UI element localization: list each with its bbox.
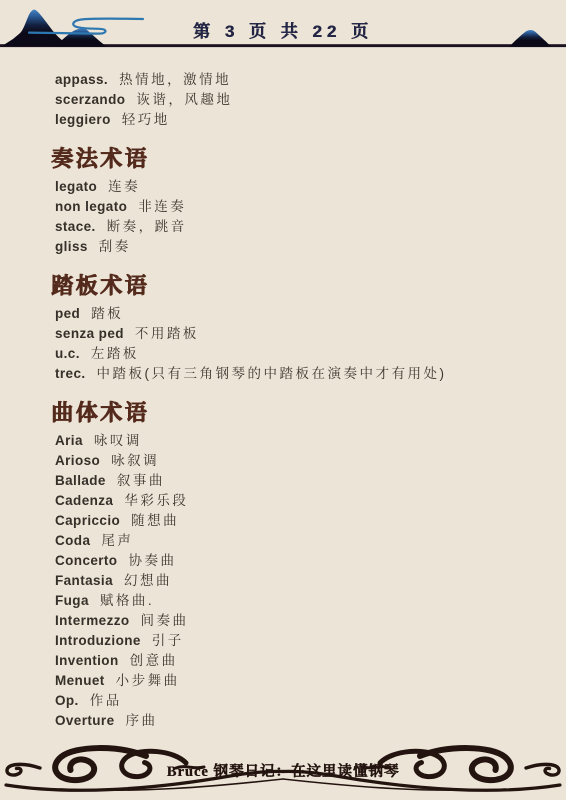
intro-term-list: appass. 热情地，激情地 scerzando 诙谐，风趣地 leggier… (55, 70, 566, 130)
term-latin: appass. (55, 70, 108, 90)
term-row: Op. 作品 (55, 691, 566, 711)
term-row: leggiero 轻巧地 (55, 110, 566, 130)
term-latin: Invention (55, 651, 119, 671)
term-meaning: 序曲 (125, 711, 157, 731)
term-latin: Introduzione (55, 631, 141, 651)
term-meaning: 华彩乐段 (124, 491, 188, 511)
sections: 奏法术语 legato 连奏 non legato 非连奏 stace. 断奏，… (55, 146, 566, 731)
term-latin: Overture (55, 711, 114, 731)
term-meaning: 咏叹调 (94, 431, 142, 451)
term-row: Capriccio 随想曲 (55, 511, 566, 531)
term-meaning: 中踏板(只有三角钢琴的中踏板在演奏中才有用处) (97, 364, 447, 384)
glossary-section: 踏板术语 ped 踏板 senza ped 不用踏板 u.c. 左踏板 trec… (55, 273, 566, 384)
term-latin: Fantasia (55, 571, 113, 591)
term-row: senza ped 不用踏板 (55, 324, 566, 344)
section-title: 曲体术语 (51, 400, 566, 426)
term-row: Intermezzo 间奏曲 (55, 611, 566, 631)
glossary-section: 曲体术语 Aria 咏叹调 Arioso 咏叙调 Ballade 叙事曲 Cad… (55, 400, 566, 731)
term-latin: Aria (55, 431, 83, 451)
term-latin: Op. (55, 691, 79, 711)
term-latin: stace. (55, 217, 96, 237)
term-row: Overture 序曲 (55, 711, 566, 731)
term-latin: Coda (55, 531, 90, 551)
term-latin: Arioso (55, 451, 100, 471)
term-row: ped 踏板 (55, 304, 566, 324)
term-latin: trec. (55, 364, 86, 384)
term-row: Fuga 赋格曲. (55, 591, 566, 611)
term-latin: Menuet (55, 671, 105, 691)
term-meaning: 小步舞曲 (116, 671, 180, 691)
content: appass. 热情地，激情地 scerzando 诙谐，风趣地 leggier… (0, 56, 566, 731)
term-meaning: 协奏曲 (128, 551, 176, 571)
term-meaning: 叙事曲 (117, 471, 165, 491)
term-latin: Fuga (55, 591, 89, 611)
glossary-section: 奏法术语 legato 连奏 non legato 非连奏 stace. 断奏，… (55, 146, 566, 257)
term-latin: Concerto (55, 551, 117, 571)
term-meaning: 赋格曲. (100, 591, 154, 611)
term-meaning: 引子 (152, 631, 184, 651)
term-meaning: 左踏板 (91, 344, 139, 364)
term-row: trec. 中踏板(只有三角钢琴的中踏板在演奏中才有用处) (55, 364, 566, 384)
term-row: Concerto 协奏曲 (55, 551, 566, 571)
term-row: scerzando 诙谐，风趣地 (55, 90, 566, 110)
term-row: u.c. 左踏板 (55, 344, 566, 364)
term-latin: Cadenza (55, 491, 113, 511)
term-latin: leggiero (55, 110, 111, 130)
term-meaning: 轻巧地 (122, 110, 170, 130)
term-meaning: 踏板 (91, 304, 123, 324)
term-meaning: 幻想曲 (124, 571, 172, 591)
term-latin: Capriccio (55, 511, 120, 531)
term-meaning: 随想曲 (131, 511, 179, 531)
term-meaning: 咏叙调 (111, 451, 159, 471)
document-page: 第 3 页 共 22 页 appass. 热情地，激情地 scerzando 诙… (0, 0, 566, 800)
term-list: legato 连奏 non legato 非连奏 stace. 断奏，跳音 gl… (55, 177, 566, 257)
page-indicator: 第 3 页 共 22 页 (0, 17, 566, 42)
section-title: 奏法术语 (51, 146, 566, 172)
term-row: legato 连奏 (55, 177, 566, 197)
term-latin: Intermezzo (55, 611, 130, 631)
term-latin: ped (55, 304, 80, 324)
term-row: stace. 断奏，跳音 (55, 217, 566, 237)
term-latin: non legato (55, 197, 127, 217)
term-meaning: 创意曲 (130, 651, 178, 671)
term-row: non legato 非连奏 (55, 197, 566, 217)
term-meaning: 非连奏 (138, 197, 186, 217)
term-latin: u.c. (55, 344, 80, 364)
term-meaning: 诙谐，风趣地 (136, 90, 232, 110)
term-row: Ballade 叙事曲 (55, 471, 566, 491)
term-meaning: 刮奏 (99, 237, 131, 257)
term-latin: scerzando (55, 90, 125, 110)
term-row: Fantasia 幻想曲 (55, 571, 566, 591)
term-row: Menuet 小步舞曲 (55, 671, 566, 691)
term-meaning: 间奏曲 (141, 611, 189, 631)
term-row: Cadenza 华彩乐段 (55, 491, 566, 511)
term-meaning: 作品 (90, 691, 122, 711)
term-row: Invention 创意曲 (55, 651, 566, 671)
term-meaning: 连奏 (108, 177, 140, 197)
footer-text: Bruce 钢琴日记：在这里读懂钢琴 (0, 760, 566, 781)
term-row: gliss 刮奏 (55, 237, 566, 257)
term-latin: gliss (55, 237, 88, 257)
section-title: 踏板术语 (51, 273, 566, 299)
term-list: Aria 咏叹调 Arioso 咏叙调 Ballade 叙事曲 Cadenza … (55, 431, 566, 731)
term-latin: Ballade (55, 471, 106, 491)
term-list: ped 踏板 senza ped 不用踏板 u.c. 左踏板 trec. 中踏板… (55, 304, 566, 384)
term-row: appass. 热情地，激情地 (55, 70, 566, 90)
page-header: 第 3 页 共 22 页 (0, 0, 566, 56)
term-meaning: 热情地，激情地 (119, 70, 231, 90)
term-meaning: 断奏，跳音 (107, 217, 187, 237)
term-row: Introduzione 引子 (55, 631, 566, 651)
term-meaning: 尾声 (101, 531, 133, 551)
term-latin: senza ped (55, 324, 124, 344)
term-row: Coda 尾声 (55, 531, 566, 551)
term-latin: legato (55, 177, 97, 197)
page-footer: Bruce 钢琴日记：在这里读懂钢琴 (0, 744, 566, 800)
term-meaning: 不用踏板 (135, 324, 199, 344)
term-row: Aria 咏叹调 (55, 431, 566, 451)
term-row: Arioso 咏叙调 (55, 451, 566, 471)
